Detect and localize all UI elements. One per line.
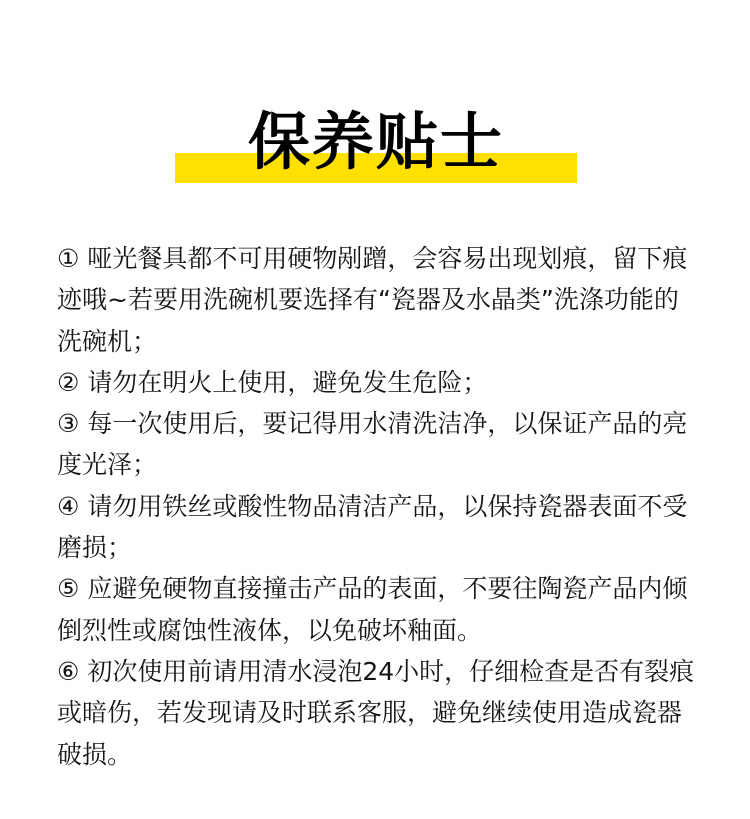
tip-item-4: ④ 请勿用铁丝或酸性物品清洁产品，以保持瓷器表面不受磨损； bbox=[57, 486, 702, 569]
page-title: 保养贴士 bbox=[175, 100, 577, 184]
tip-item-3: ③ 每一次使用后，要记得用水清洗洁净，以保证产品的亮度光泽； bbox=[57, 403, 702, 486]
tip-item-1: ① 哑光餐具都不可用硬物剐蹭，会容易出现划痕，留下痕迹哦~若要用洗碗机要选择有“… bbox=[57, 238, 702, 362]
tip-item-6: ⑥ 初次使用前请用清水浸泡24小时，仔细检查是否有裂痕或暗伤，若发现请及时联系客… bbox=[57, 651, 702, 775]
care-tips-list: ① 哑光餐具都不可用硬物剐蹭，会容易出现划痕，留下痕迹哦~若要用洗碗机要选择有“… bbox=[57, 238, 702, 775]
title-section: 保养贴士 bbox=[175, 100, 577, 184]
tip-item-2: ② 请勿在明火上使用，避免发生危险； bbox=[57, 362, 702, 403]
tip-item-5: ⑤ 应避免硬物直接撞击产品的表面，不要往陶瓷产品内倾倒烈性或腐蚀性液体，以免破坏… bbox=[57, 568, 702, 651]
